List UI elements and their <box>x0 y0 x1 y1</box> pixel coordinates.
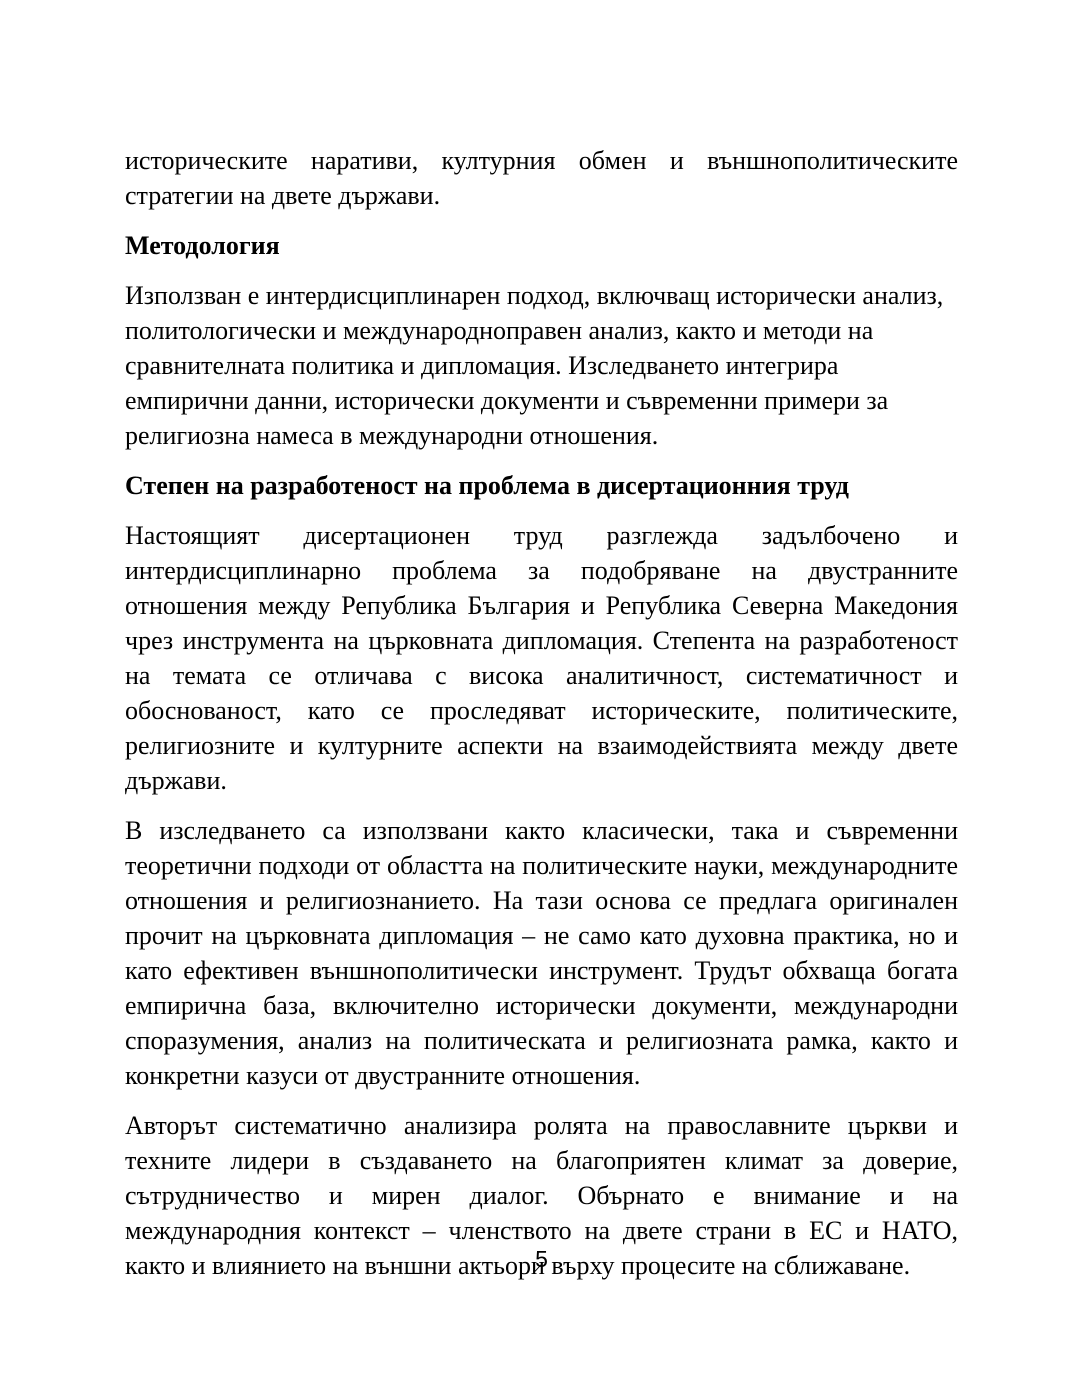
paragraph-methodology: Използван е интердисциплинарен подход, в… <box>125 278 958 453</box>
paragraph-intro-continuation: историческите наративи, културния обмен … <box>125 143 958 213</box>
heading-methodology: Методология <box>125 228 958 263</box>
heading-degree-of-elaboration: Степен на разработеност на проблема в ди… <box>125 468 958 503</box>
paragraph-dissertation-scope: Настоящият дисертационен труд разглежда … <box>125 518 958 798</box>
page-footer: 5 <box>125 1245 958 1273</box>
page-number: 5 <box>535 1246 548 1272</box>
document-page: историческите наративи, културния обмен … <box>0 0 1080 1397</box>
paragraph-theoretical-approaches: В изследването са използвани както класи… <box>125 813 958 1093</box>
